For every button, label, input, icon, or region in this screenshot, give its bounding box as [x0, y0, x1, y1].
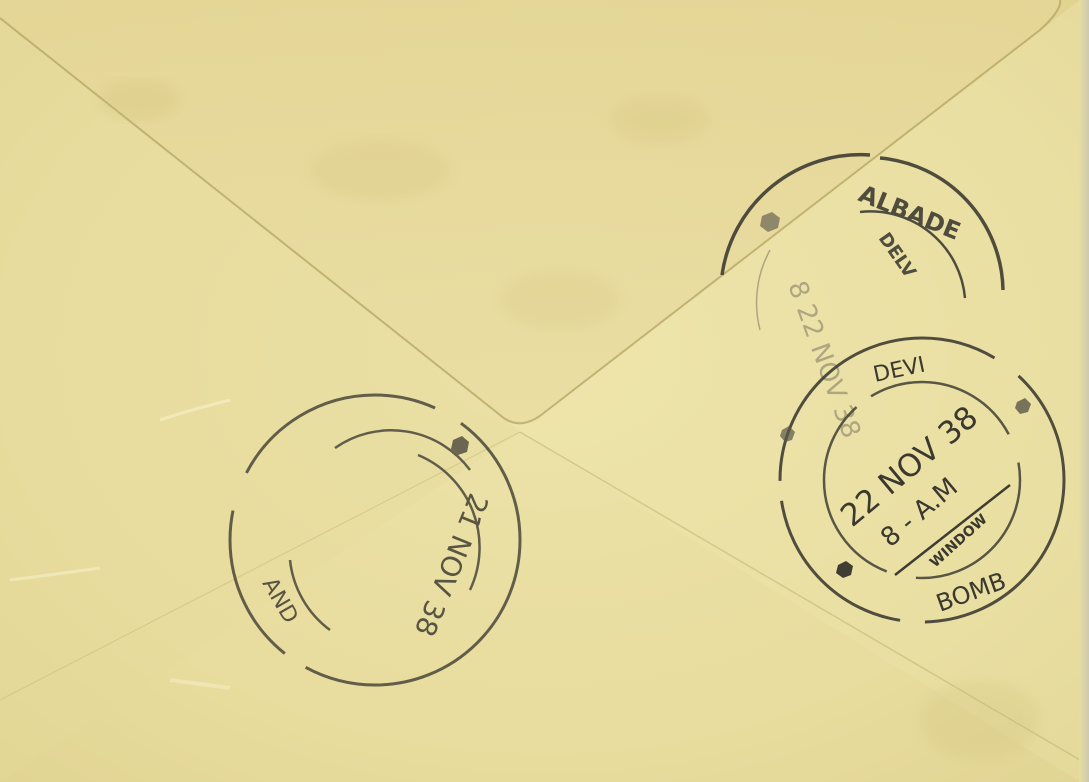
frame-edge: [1079, 0, 1089, 782]
envelope-svg: ALBADE DELV 8 22 NOV 38 DEVI 22 NOV 38 8…: [0, 0, 1089, 782]
envelope-photo: ALBADE DELV 8 22 NOV 38 DEVI 22 NOV 38 8…: [0, 0, 1089, 782]
